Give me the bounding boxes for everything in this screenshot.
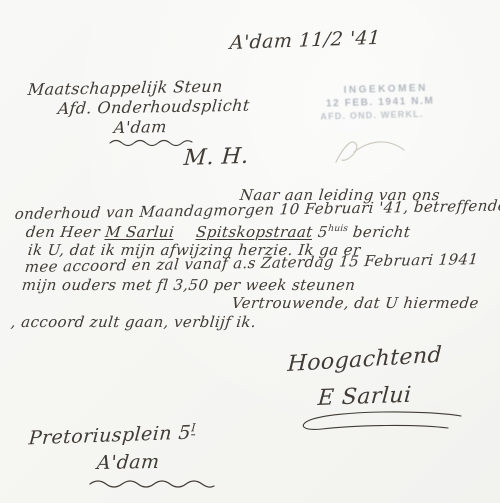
signature: E Sarlui — [317, 383, 412, 411]
pencil-mark — [330, 136, 410, 170]
body-line-2: onderhoud van Maandagmorgen 10 Februari … — [14, 196, 500, 223]
stamp-line-3: AFD. OND. WERKL. — [320, 108, 435, 123]
recipient-line-2: Afd. Onderhoudsplicht — [57, 96, 251, 118]
street-name: Spitskopstraat — [195, 223, 313, 241]
closing: Hoogachtend — [287, 343, 443, 377]
salutation: M. H. — [183, 144, 250, 171]
house-suffix: huis — [328, 224, 349, 234]
wavy-underline-bottom — [88, 478, 216, 490]
sender-city: A'dam — [96, 451, 160, 474]
addressee-name: M Sarlui — [104, 223, 175, 241]
sender-street-line: Pretoriusplein 5I — [28, 421, 196, 449]
sender-street: Pretoriusplein 5 — [28, 422, 192, 450]
house-number: 5 — [312, 223, 329, 241]
body-line-3-pre: den Heer — [25, 223, 106, 241]
receipt-stamp: INGEKOMEN 12 FEB. 1941 N.M AFD. OND. WER… — [326, 83, 435, 123]
dateline: A'dam 11/2 '41 — [229, 27, 381, 54]
body-line-3-post: bericht — [347, 223, 411, 241]
body-line-3: den Heer M SarluiSpitskopstraat 5huis be… — [25, 223, 411, 241]
body-line-6: mijn ouders met fl 3,50 per week steunen — [21, 276, 356, 294]
recipient-city: A'dam — [113, 117, 168, 137]
letter-scan: A'dam 11/2 '41 Maatschappelijk Steun Afd… — [0, 0, 500, 503]
body-line-7: Vertrouwende, dat U hiermede — [231, 294, 480, 312]
body-line-8: , accoord zult gaan, verblijf ik. — [10, 313, 257, 331]
signature-flourish — [296, 412, 466, 434]
sender-floor: I — [191, 421, 197, 435]
